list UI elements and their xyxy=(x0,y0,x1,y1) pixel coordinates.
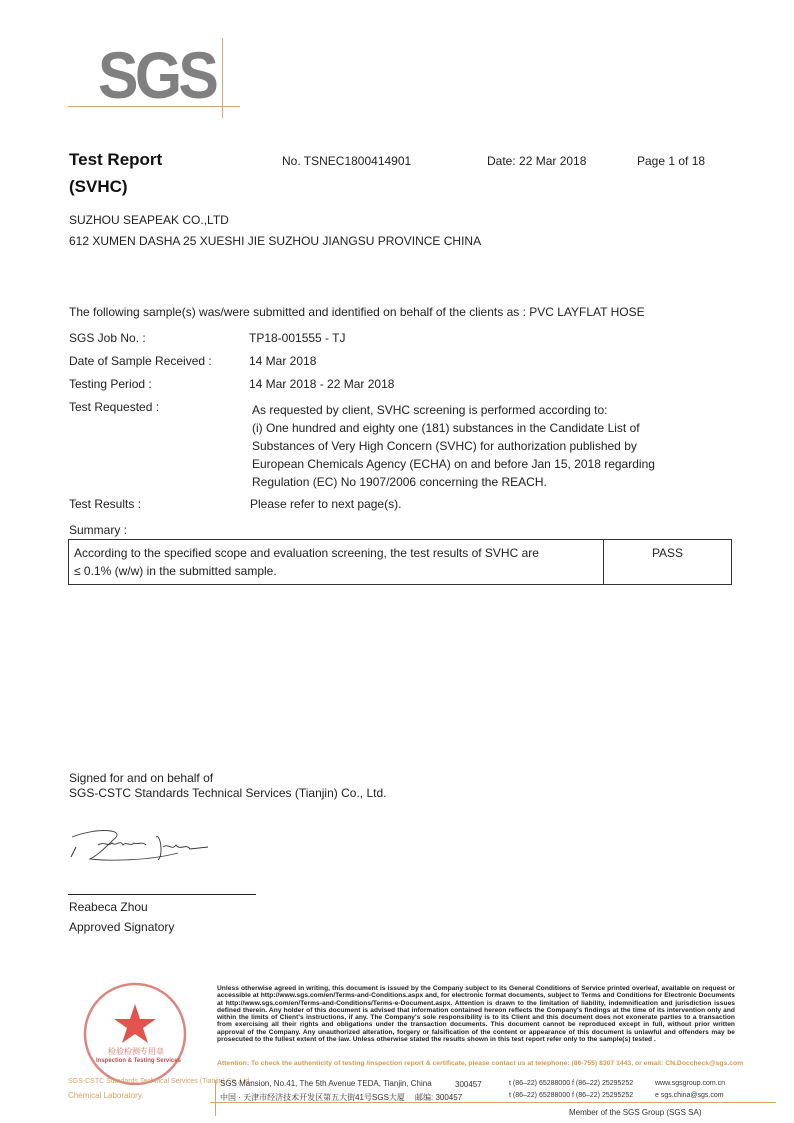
requested-line: European Chemicals Agency (ECHA) on and … xyxy=(252,455,722,473)
job-no-label: SGS Job No. : xyxy=(69,331,146,345)
summary-label: Summary : xyxy=(69,523,127,537)
telephone-cn: t (86–22) 65288000 xyxy=(509,1092,570,1099)
telephone: t (86–22) 65288000 xyxy=(509,1080,570,1087)
sgs-logo: SGS xyxy=(68,38,240,118)
summary-text-line: ≤ 0.1% (w/w) in the submitted sample. xyxy=(74,562,598,580)
fax-cn: f (86–22) 25295252 xyxy=(572,1092,633,1099)
requested-text: As requested by client, SVHC screening i… xyxy=(252,401,722,491)
stamp-english-mid: Inspection & Testing Services xyxy=(96,1058,181,1064)
legal-disclaimer: Unless otherwise agreed in writing, this… xyxy=(217,985,735,1043)
logo-text: SGS xyxy=(98,42,215,108)
requested-line: (i) One hundred and eighty one (181) sub… xyxy=(252,419,722,437)
requested-label: Test Requested : xyxy=(69,400,159,414)
period-value: 14 Mar 2018 - 22 Mar 2018 xyxy=(249,377,394,391)
report-date: Date: 22 Mar 2018 xyxy=(487,154,586,168)
signed-for-label: Signed for and on behalf of xyxy=(69,771,213,785)
lab-department: Chemical Laboratory. xyxy=(68,1091,143,1100)
received-value: 14 Mar 2018 xyxy=(249,354,316,368)
signing-company: SGS-CSTC Standards Technical Services (T… xyxy=(69,786,386,800)
company-stamp: 检验检测专用章 Inspection & Testing Services xyxy=(66,976,204,1088)
results-label: Test Results : xyxy=(69,497,141,511)
summary-table: According to the specified scope and eva… xyxy=(68,539,732,585)
report-subtitle: (SVHC) xyxy=(69,177,128,197)
results-value: Please refer to next page(s). xyxy=(250,497,401,511)
summary-text-line: According to the specified scope and eva… xyxy=(74,544,598,562)
requested-line: Substances of Very High Concern (SVHC) f… xyxy=(252,437,722,455)
requested-line: As requested by client, SVHC screening i… xyxy=(252,401,722,419)
received-label: Date of Sample Received : xyxy=(69,354,212,368)
stamp-seal-icon xyxy=(66,976,204,1088)
summary-result-cell: PASS xyxy=(604,540,732,585)
signatory-name: Reabeca Zhou xyxy=(69,900,148,914)
stamp-chinese-mid: 检验检测专用章 xyxy=(108,1046,164,1057)
page-number: Page 1 of 18 xyxy=(637,154,705,168)
footer-rule-vertical xyxy=(215,1080,216,1116)
website-link[interactable]: www.sgsgroup.com.cn xyxy=(655,1080,725,1087)
report-title: Test Report xyxy=(69,150,162,170)
address-english: SGS Mansion, No.41, The 5th Avenue TEDA,… xyxy=(220,1079,432,1088)
authenticity-notice: Attention: To check the authenticity of … xyxy=(217,1060,757,1068)
job-no-value: TP18-001555 - TJ xyxy=(249,331,346,345)
summary-text-cell: According to the specified scope and eva… xyxy=(69,540,604,585)
member-notice: Member of the SGS Group (SGS SA) xyxy=(569,1108,702,1117)
fax: f (86–22) 25295252 xyxy=(572,1080,633,1087)
sample-intro: The following sample(s) was/were submitt… xyxy=(69,305,645,319)
handwritten-signature xyxy=(68,825,218,875)
requested-line: Regulation (EC) No 1907/2006 concerning … xyxy=(252,473,722,491)
footer-rule-horizontal xyxy=(210,1102,776,1103)
client-address: 612 XUMEN DASHA 25 XUESHI JIE SUZHOU JIA… xyxy=(69,234,481,248)
report-number: No. TSNEC1800414901 xyxy=(282,154,411,168)
postcode-english: 300457 xyxy=(455,1080,482,1089)
email-link[interactable]: e sgs.china@sgs.com xyxy=(655,1092,724,1099)
client-name: SUZHOU SEAPEAK CO.,LTD xyxy=(69,213,229,227)
logo-rule-horizontal xyxy=(68,106,240,107)
logo-rule-vertical xyxy=(222,38,223,118)
period-label: Testing Period : xyxy=(69,377,152,391)
table-row: According to the specified scope and eva… xyxy=(69,540,732,585)
signature-line xyxy=(68,894,256,895)
signatory-role: Approved Signatory xyxy=(69,920,174,934)
